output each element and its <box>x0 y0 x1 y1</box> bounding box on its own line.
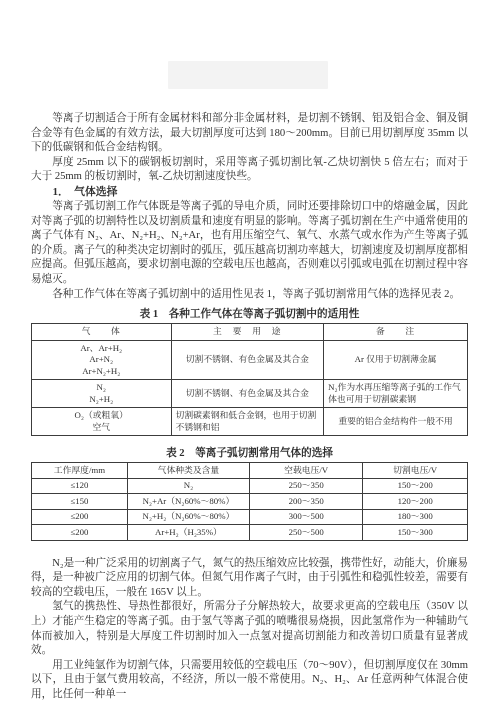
table2-header-cutting-voltage: 切割电压/V <box>363 463 468 479</box>
table2-header-gas-type: 气体种类及含量 <box>127 463 249 479</box>
table-row: Ar、Ar+H₂ Ar+N₂ Ar+N₂+H₂ 切割不锈钢、有色金属及其合金 A… <box>32 340 468 380</box>
table2-cell: ≤120 <box>32 478 128 494</box>
document-page: 等离子切割适合于所有金属材料和部分非金属材料，是切割不锈钢、铝及铝合金、铜及铜合… <box>0 0 496 702</box>
table1-cell-use-1: 切割不锈钢、有色金属及其合金 <box>171 340 324 380</box>
faded-watermark-block <box>168 61 328 89</box>
table1-header-use: 主 要 用 途 <box>171 324 324 341</box>
table1-cell-note-1: Ar 仅用于切割薄金属 <box>324 340 468 380</box>
table2-cell: N₂+Ar（N₂60%～80%） <box>127 494 249 510</box>
table-row: N₂ N₂+H₂ 切割不锈钢、有色金属及其合金 N₂作为水再压缩等离子弧的工作气… <box>32 380 468 408</box>
intro-paragraph-1: 等离子切割适合于所有金属材料和部分非金属材料，是切割不锈钢、铝及铝合金、铜及铜合… <box>31 112 468 156</box>
table2-cell: ≤150 <box>32 494 128 510</box>
table2-cell: 150～200 <box>363 478 468 494</box>
table2-cell: 150～300 <box>363 525 468 541</box>
hydrogen-paragraph: 氢气的携热性、导热性都很好，所需分子分解热较大，故要求更高的空载电压（350V … <box>31 600 468 658</box>
table2-cell: ≤200 <box>32 525 128 541</box>
table-common-gas-selection: 工作厚度/mm 气体种类及含量 空载电压/V 切割电压/V ≤120 N₂ 25… <box>31 462 468 541</box>
table2-caption: 表 2 等离子弧切割常用气体的选择 <box>31 445 468 460</box>
table2-cell: 180～300 <box>363 509 468 525</box>
table1-cell-note-2: N₂作为水再压缩等离子弧的工作气体也可用于切割碳素钢 <box>324 380 468 408</box>
table2-header-row: 工作厚度/mm 气体种类及含量 空载电压/V 切割电压/V <box>32 463 468 479</box>
table1-caption: 表 1 各种工作气体在等离子弧切割中的适用性 <box>31 306 468 321</box>
table2-header-no-load-voltage: 空载电压/V <box>249 463 362 479</box>
table-row: O₂（或粗氧） 空气 切割碳素钢和低合金钢，也用于切割不锈钢和铝 重要的铝合金结… <box>32 408 468 436</box>
table1-cell-gas-2: N₂ N₂+H₂ <box>32 380 172 408</box>
table-row: ≤200 Ar+H₂（H₂35%） 250～500 150～300 <box>32 525 468 541</box>
argon-paragraph: 用工业纯氩作为切割气体，只需要用较低的空载电压（70～90V），但切割厚度仅在 … <box>31 659 468 702</box>
table2-cell: 300～500 <box>249 509 362 525</box>
table2-cell: N₂+H₂（N₂60%～80%） <box>127 509 249 525</box>
table-gas-applicability: 气 体 主 要 用 途 备 注 Ar、Ar+H₂ Ar+N₂ Ar+N₂+H₂ … <box>31 323 468 436</box>
table2-cell: 200～350 <box>249 494 362 510</box>
table2-cell: 250～500 <box>249 525 362 541</box>
table-row: ≤200 N₂+H₂（N₂60%～80%） 300～500 180～300 <box>32 509 468 525</box>
table2-cell: Ar+H₂（H₂35%） <box>127 525 249 541</box>
section-heading-gas-selection: 1． 气体选择 <box>31 185 468 200</box>
table1-cell-note-3: 重要的铝合金结构件一般不用 <box>324 408 468 436</box>
table1-cell-use-3: 切割碳素钢和低合金钢，也用于切割不锈钢和铝 <box>171 408 324 436</box>
table-reference-paragraph: 各种工作气体在等离子弧切割中的适用性见表 1，等离子弧切割常用气体的选择见表 2… <box>31 288 468 303</box>
table2-cell: ≤200 <box>32 509 128 525</box>
table1-cell-use-2: 切割不锈钢、有色金属及其合金 <box>171 380 324 408</box>
table1-cell-gas-1: Ar、Ar+H₂ Ar+N₂ Ar+N₂+H₂ <box>32 340 172 380</box>
table2-cell: 250～350 <box>249 478 362 494</box>
table-row: ≤120 N₂ 250～350 150～200 <box>32 478 468 494</box>
table-row: ≤150 N₂+Ar（N₂60%～80%） 200～350 120～200 <box>32 494 468 510</box>
table1-header-note: 备 注 <box>324 324 468 341</box>
table1-header-gas: 气 体 <box>32 324 172 341</box>
table2-cell: N₂ <box>127 478 249 494</box>
nitrogen-paragraph: N₂是一种广泛采用的切割离子气，氮气的热压缩效应比较强，携带性好，动能大，价廉易… <box>31 557 468 601</box>
table2-header-thickness: 工作厚度/mm <box>32 463 128 479</box>
intro-paragraph-2: 厚度 25mm 以下的碳钢板切割时，采用等离子弧切割比氧-乙炔切割快 5 倍左右… <box>31 156 468 185</box>
table1-header-row: 气 体 主 要 用 途 备 注 <box>32 324 468 341</box>
document-content: 等离子切割适合于所有金属材料和部分非金属材料，是切割不锈钢、铝及铝合金、铜及铜合… <box>31 112 468 702</box>
table1-cell-gas-3: O₂（或粗氧） 空气 <box>32 408 172 436</box>
gas-selection-paragraph: 等离子弧切割工作气体既是等离子弧的导电介质，同时还要排除切口中的熔融金属，因此对… <box>31 200 468 288</box>
table2-cell: 120～200 <box>363 494 468 510</box>
